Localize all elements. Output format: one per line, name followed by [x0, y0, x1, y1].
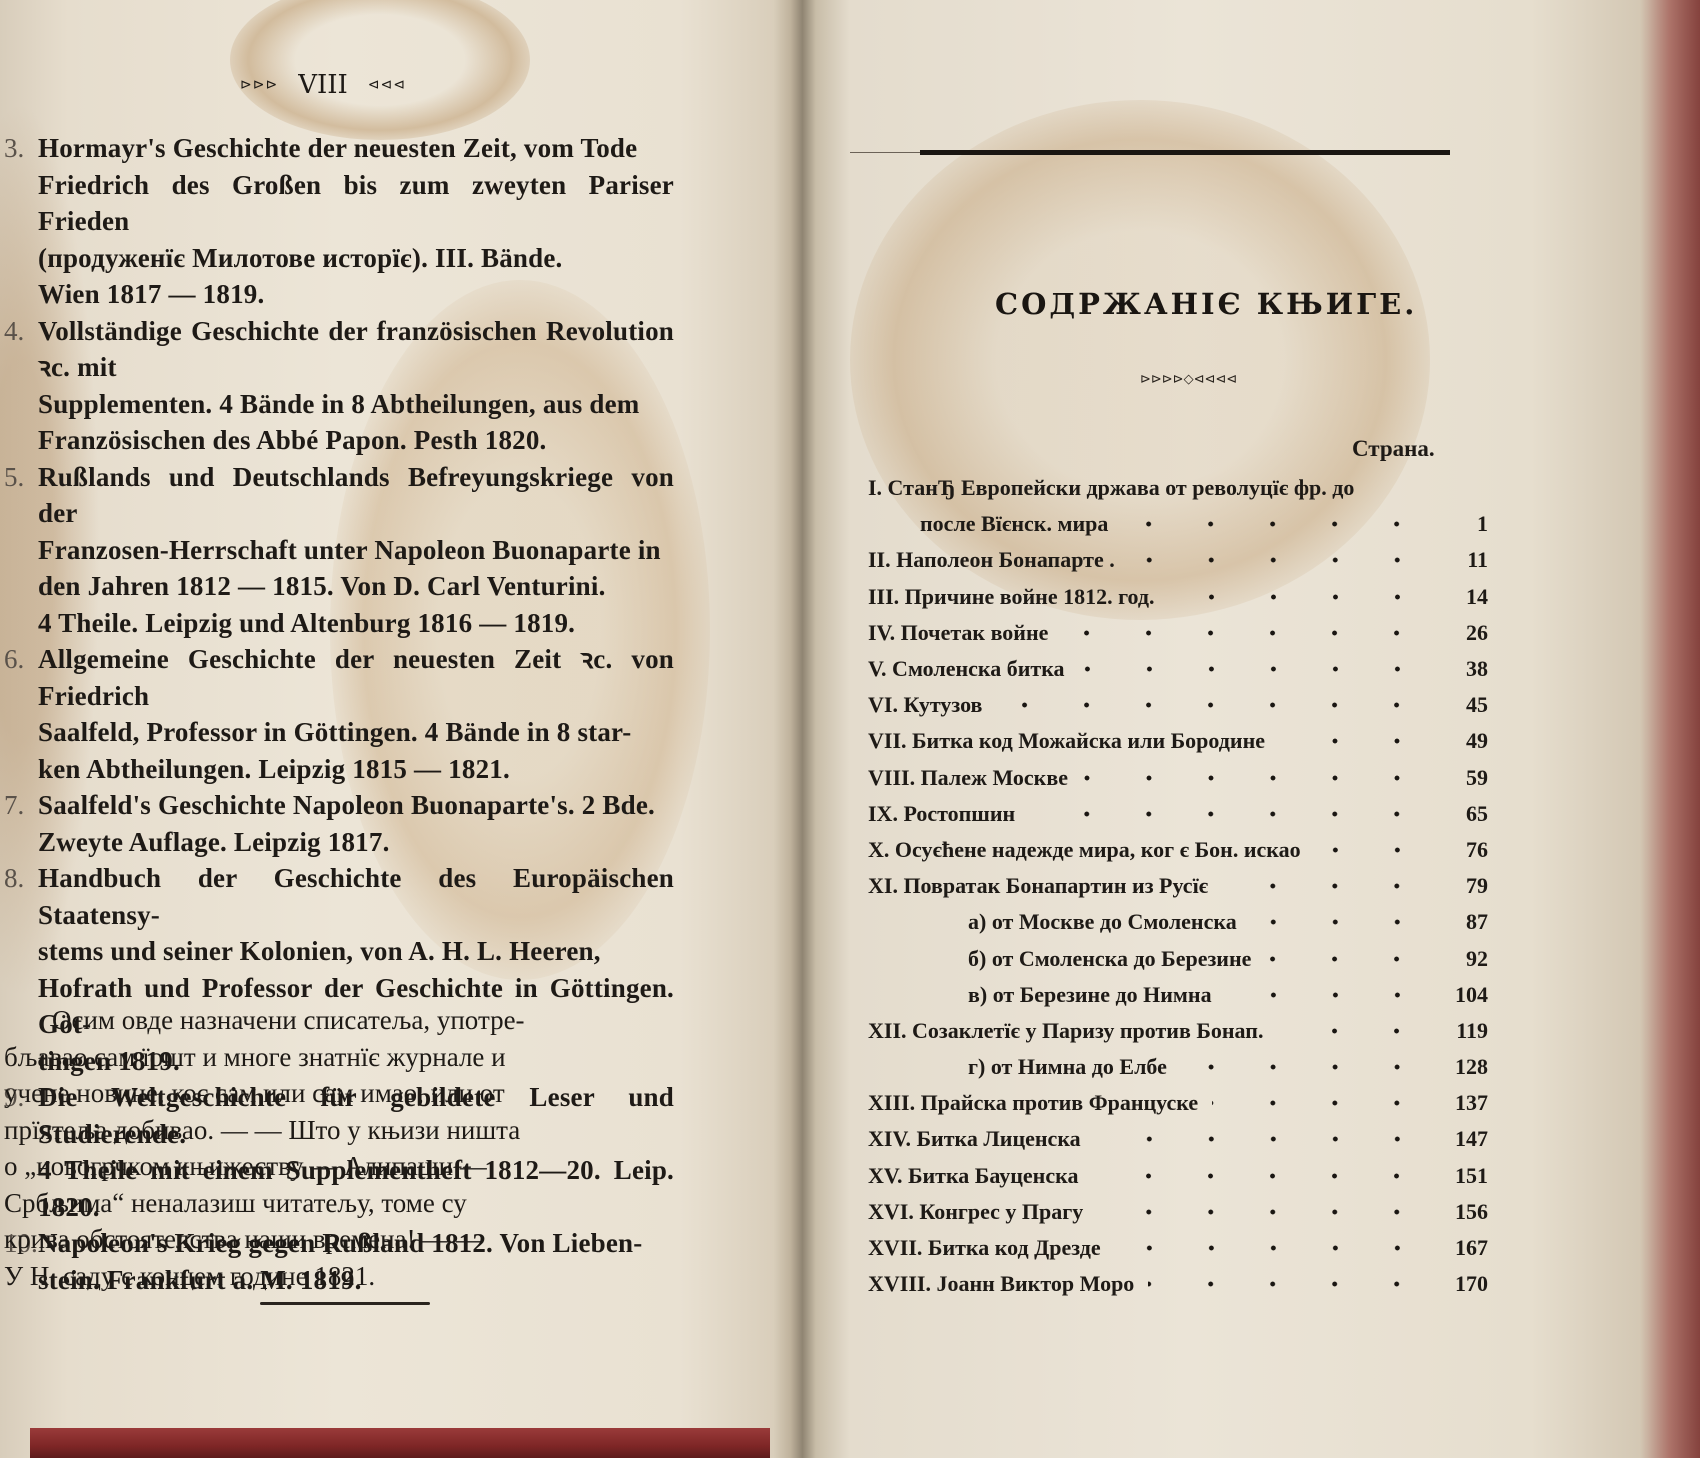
toc-entry-title: XIII. Прайска против Француске — [868, 1090, 1204, 1116]
toc-page-number: 45 — [1444, 692, 1488, 718]
dot-leader — [1129, 557, 1428, 563]
running-head: ⊳⊳⊳ VIII ⊲⊲⊲ — [240, 70, 406, 100]
ornament-left: ⊳⊳⊳ — [240, 77, 278, 93]
closing-paragraph: Осим овде назначени списатеља, употре-бљ… — [4, 1002, 674, 1294]
dot-leader — [1315, 847, 1428, 853]
entry-line: Vollständige Geschichte der französische… — [38, 313, 674, 386]
paragraph-line: учене новине, коє сам или сам имао, или … — [4, 1075, 674, 1112]
header-rule-thin — [850, 152, 930, 153]
toc-page-number: 65 — [1444, 801, 1488, 827]
toc-page-number: 128 — [1444, 1054, 1488, 1080]
toc-entry: II. Наполеон Бонапарте .11 — [868, 542, 1488, 578]
dot-leader — [1079, 666, 1428, 672]
header-rule — [920, 150, 1450, 155]
toc-entry-title: б) от Смоленска до Березине — [868, 946, 1257, 972]
toc-page-number: 151 — [1444, 1163, 1488, 1189]
toc-entry: I. СтанЂ Европейски држава от револуцїє … — [868, 470, 1488, 506]
toc-page-number: 87 — [1444, 909, 1488, 935]
dot-leader — [1115, 1245, 1428, 1251]
toc-entry: IX. Ростопшин65 — [868, 796, 1488, 832]
toc-entry: XI. Повратак Бонапартин из Русїє79 — [868, 868, 1488, 904]
bibliography-entry: 6.Allgemeine Geschichte der neuesten Zei… — [4, 641, 674, 787]
toc-entry-title: IV. Почетак войне — [868, 620, 1054, 646]
toc-entry-title: в) от Березине до Нимна — [868, 982, 1218, 1008]
table-of-contents: I. СтанЂ Европейски држава от револуцїє … — [868, 470, 1488, 1302]
toc-entry-title: XVII. Битка код Дрезде — [868, 1235, 1107, 1261]
toc-page-number: 11 — [1444, 547, 1488, 573]
dot-leader — [1368, 485, 1428, 491]
bibliography-entry: 4.Vollständige Geschichte der französisc… — [4, 313, 674, 459]
toc-entry: XIII. Прайска против Француске137 — [868, 1085, 1488, 1121]
toc-entry: III. Причине войне 1812. год.14 — [868, 579, 1488, 615]
dot-leader — [1097, 1209, 1428, 1215]
toc-entry-title: V. Смоленска битка — [868, 656, 1071, 682]
entry-number: 4. — [4, 313, 34, 350]
toc-entry-title: IX. Ростопшин — [868, 801, 1021, 827]
dot-leader — [1095, 1136, 1428, 1142]
entry-line: Saalfeld, Professor in Göttingen. 4 Bänd… — [38, 714, 674, 751]
toc-entry-title: после Вїєнск. мира — [868, 511, 1114, 537]
entry-line: Franzosen-Herrschaft unter Napoleon Buon… — [38, 532, 674, 569]
toc-entry-title: I. СтанЂ Европейски држава от револуцїє … — [868, 475, 1360, 501]
toc-entry: IV. Почетак войне26 — [868, 615, 1488, 651]
toc-page-number: 137 — [1444, 1090, 1488, 1116]
dot-leader — [1062, 630, 1428, 636]
dot-leader — [1265, 956, 1428, 962]
entry-line: Allgemeine Geschichte der neuesten Zeit … — [38, 641, 674, 714]
bibliography-entry: 7.Saalfeld's Geschichte Napoleon Buonapa… — [4, 787, 674, 860]
entry-line: Hormayr's Geschichte der neuesten Zeit, … — [38, 130, 674, 167]
toc-entry: б) от Смоленска до Березине92 — [868, 940, 1488, 976]
left-page: ⊳⊳⊳ VIII ⊲⊲⊲ 3.Hormayr's Geschichte der … — [0, 0, 760, 1458]
toc-entry-title: XV. Битка Бауценска — [868, 1163, 1084, 1189]
entry-number: 6. — [4, 641, 34, 678]
paragraph-line: Србљима“ неналазиш читатељу, томе су — [4, 1185, 674, 1222]
entry-line: Französischen des Abbé Papon. Pesth 1820… — [38, 422, 674, 459]
dot-leader — [1122, 521, 1428, 527]
entry-line: Supplementen. 4 Bände in 8 Abtheilungen,… — [38, 386, 674, 423]
toc-entry: XVI. Конгрес у Прагу156 — [868, 1194, 1488, 1230]
dot-leader — [1169, 594, 1428, 600]
toc-entry: после Вїєнск. мира1 — [868, 506, 1488, 542]
toc-page-number: 119 — [1444, 1018, 1488, 1044]
toc-entry: г) от Нимна до Елбе128 — [868, 1049, 1488, 1085]
toc-page-number: 49 — [1444, 728, 1488, 754]
dot-leader — [1226, 992, 1428, 998]
toc-entry-title: XII. Созаклетїє у Паризу против Бонап. — [868, 1018, 1269, 1044]
toc-page-number: 156 — [1444, 1199, 1488, 1225]
toc-entry: XV. Битка Бауценска151 — [868, 1158, 1488, 1194]
toc-entry: XVII. Битка код Дрезде167 — [868, 1230, 1488, 1266]
toc-entry-title: VIII. Палеж Москве — [868, 765, 1074, 791]
toc-page-number: 26 — [1444, 620, 1488, 646]
dot-leader — [1279, 738, 1428, 744]
bibliography-entry: 3.Hormayr's Geschichte der neuesten Zeit… — [4, 130, 674, 313]
entry-number: 5. — [4, 459, 34, 496]
paragraph-line: бљавао сам їошт и многе знатнїє журнале … — [4, 1039, 674, 1076]
right-page: СОДРЖАНІЄ КЊИГЕ. ⊳⊳⊳⊳◇⊲⊲⊲⊲ Страна. I. Ст… — [770, 0, 1650, 1458]
toc-page-number: 104 — [1444, 982, 1488, 1008]
toc-page-number: 14 — [1444, 584, 1488, 610]
toc-page-number: 79 — [1444, 873, 1488, 899]
toc-entry-title: VI. Кутузов — [868, 692, 988, 718]
toc-entry: VII. Битка код Можайска или Бородине49 — [868, 723, 1488, 759]
ornament-right: ⊲⊲⊲ — [368, 77, 406, 93]
page-number: VIII — [298, 70, 348, 100]
page-column-header: Страна. — [1352, 436, 1435, 462]
toc-entry-title: XVIII. Јоанн Виктор Моро — [868, 1271, 1140, 1297]
title-ornament: ⊳⊳⊳⊳◇⊲⊲⊲⊲ — [1140, 372, 1237, 387]
entry-line: Zweyte Auflage. Leipzig 1817. — [38, 824, 674, 861]
entry-line: 4 Theile. Leipzig und Altenburg 1816 — 1… — [38, 605, 674, 642]
book-spread: ⊳⊳⊳ VIII ⊲⊲⊲ 3.Hormayr's Geschichte der … — [0, 0, 1700, 1458]
toc-entry: в) от Березине до Нимна104 — [868, 977, 1488, 1013]
toc-page-number: 167 — [1444, 1235, 1488, 1261]
toc-entry: V. Смоленска битка38 — [868, 651, 1488, 687]
dot-leader — [996, 702, 1428, 708]
paragraph-line: прїятеља добивао. — — Што у књизи ништа — [4, 1112, 674, 1149]
dot-leader — [1029, 811, 1428, 817]
end-rule-divider — [260, 1302, 430, 1305]
toc-title: СОДРЖАНІЄ КЊИГЕ. — [995, 287, 1417, 321]
toc-entry-title: X. Осуєћене надежде мира, ког є Бон. иск… — [868, 837, 1307, 863]
paragraph-line: о „новогрчком књижеству — Алипаши — — [4, 1148, 674, 1185]
toc-entry-title: г) от Нимна до Елбе — [868, 1054, 1173, 1080]
toc-entry-title: III. Причине войне 1812. год. — [868, 584, 1161, 610]
toc-entry-title: II. Наполеон Бонапарте . — [868, 547, 1121, 573]
toc-entry: XII. Созаклетїє у Паризу против Бонап.11… — [868, 1013, 1488, 1049]
toc-page-number: 38 — [1444, 656, 1488, 682]
toc-entry-title: XI. Повратак Бонапартин из Русїє — [868, 873, 1214, 899]
toc-page-number: 92 — [1444, 946, 1488, 972]
dot-leader — [1092, 1173, 1428, 1179]
entry-line: Saalfeld's Geschichte Napoleon Buonapart… — [38, 787, 674, 824]
toc-entry: XIV. Битка Лиценска147 — [868, 1121, 1488, 1157]
dot-leader — [1212, 1100, 1428, 1106]
entry-number: 8. — [4, 860, 34, 897]
bibliography-entry: 5.Rußlands und Deutschlands Befreyungskr… — [4, 459, 674, 642]
entry-line: (продуженїє Милотове исторїє). III. Bänd… — [38, 240, 674, 277]
entry-line: den Jahren 1812 — 1815. Von D. Carl Vent… — [38, 568, 674, 605]
toc-entry: X. Осуєћене надежде мира, ког є Бон. иск… — [868, 832, 1488, 868]
entry-number: 3. — [4, 130, 34, 167]
toc-page-number: 147 — [1444, 1126, 1488, 1152]
entry-line: Rußlands und Deutschlands Befreyungskrie… — [38, 459, 674, 532]
entry-number: 7. — [4, 787, 34, 824]
toc-page-number: 1 — [1444, 511, 1488, 537]
toc-page-number: 170 — [1444, 1271, 1488, 1297]
toc-entry: XVIII. Јоанн Виктор Моро170 — [868, 1266, 1488, 1302]
entry-line: Handbuch der Geschichte des Europäischen… — [38, 860, 674, 933]
toc-entry: VIII. Палеж Москве59 — [868, 760, 1488, 796]
dot-leader — [1148, 1281, 1428, 1287]
toc-entry-title: XIV. Битка Лиценска — [868, 1126, 1087, 1152]
dot-leader — [1082, 775, 1428, 781]
toc-entry-title: VII. Битка код Можайска или Бородине — [868, 728, 1271, 754]
entry-line: stems und seiner Kolonien, von A. H. L. … — [38, 933, 674, 970]
dot-leader — [1222, 883, 1428, 889]
paragraph-line: Осим овде назначени списатеља, употре- — [4, 1002, 674, 1039]
entry-line: Friedrich des Großen bis zum zweyten Par… — [38, 167, 674, 240]
place-date-line: У Н. саду с концем године 1821. — [4, 1258, 674, 1295]
toc-entry: VI. Кутузов45 — [868, 687, 1488, 723]
dot-leader — [1181, 1064, 1428, 1070]
dot-leader — [1251, 919, 1428, 925]
toc-page-number: 59 — [1444, 765, 1488, 791]
toc-entry-title: а) от Москве до Смоленска — [868, 909, 1243, 935]
entry-line: ken Abtheilungen. Leipzig 1815 — 1821. — [38, 751, 674, 788]
entry-line: Wien 1817 — 1819. — [38, 276, 674, 313]
toc-entry: а) от Москве до Смоленска87 — [868, 904, 1488, 940]
toc-page-number: 76 — [1444, 837, 1488, 863]
dot-leader — [1277, 1028, 1428, 1034]
paragraph-line: крива обстоятелства наши времена! — — — [4, 1221, 674, 1258]
toc-entry-title: XVI. Конгрес у Прагу — [868, 1199, 1089, 1225]
